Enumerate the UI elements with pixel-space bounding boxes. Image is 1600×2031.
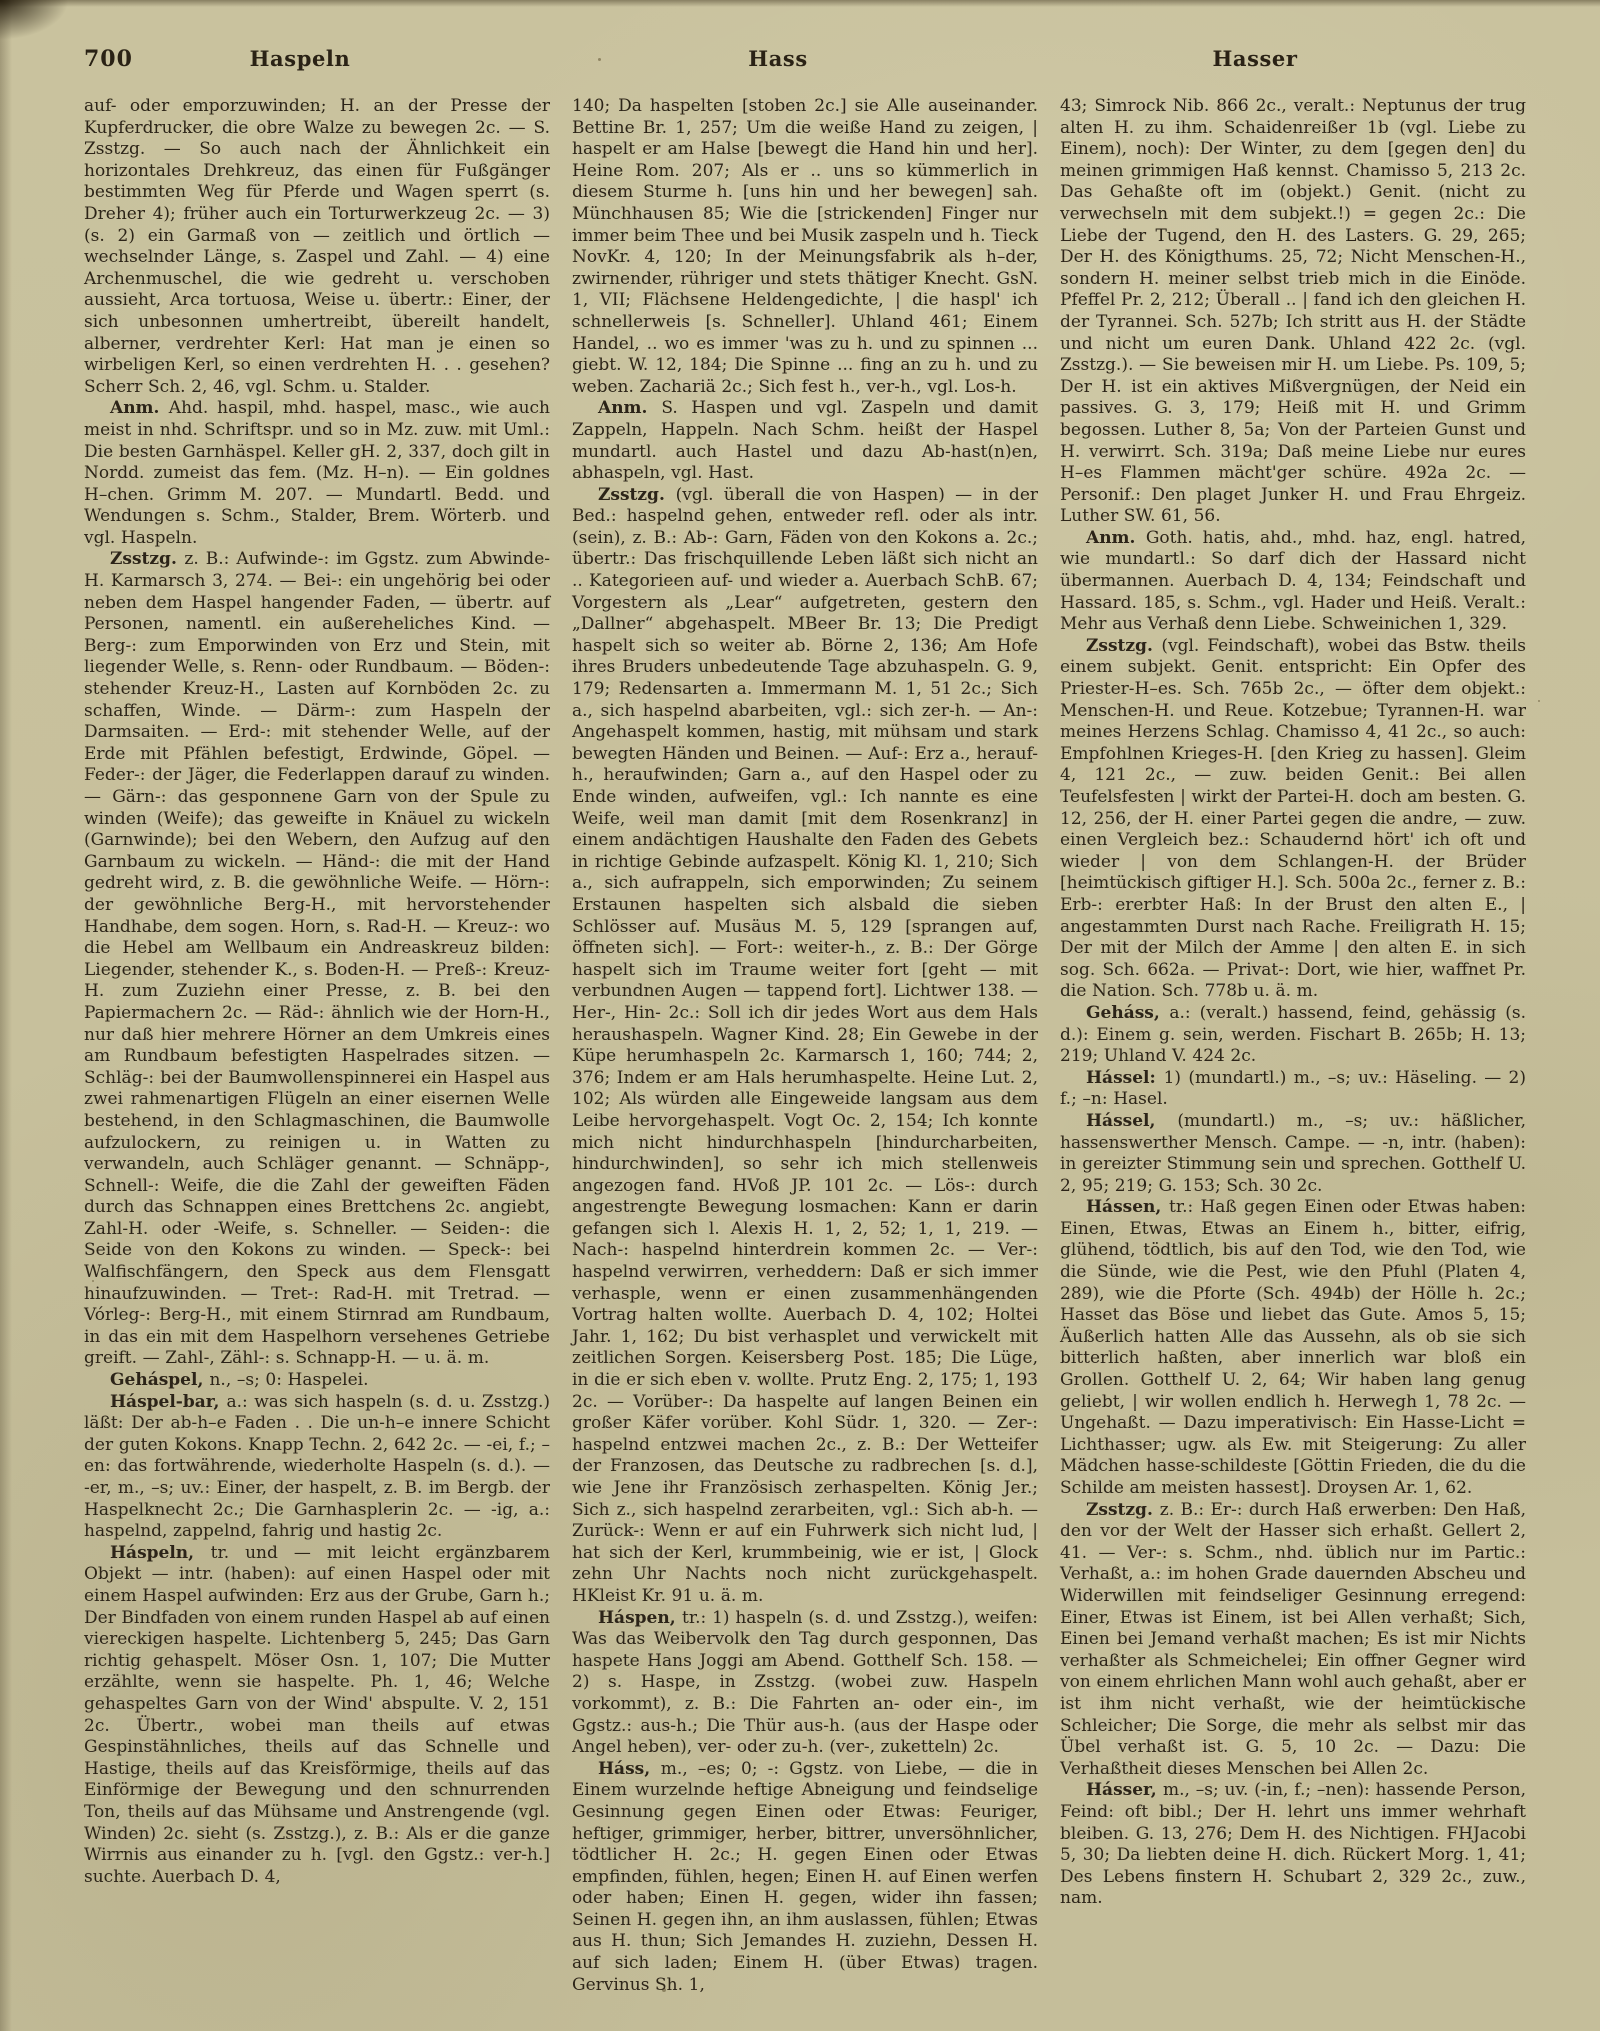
entry-paragraph: Anm. Goth. hatis, ahd., mhd. haz, engl. … xyxy=(1060,528,1526,636)
running-head-center: Hass xyxy=(748,46,808,71)
entry-text: tr.: Haß gegen Einen oder Etwas haben: E… xyxy=(1060,1197,1526,1498)
page-number: 700 xyxy=(84,46,133,72)
entry-text: n., –s; 0: Haspelei. xyxy=(209,1370,368,1390)
entry-text: tr. und — mit leicht ergänzbarem Objekt … xyxy=(84,1543,550,1887)
scan-edge-shadow-top xyxy=(0,0,1600,7)
entry-headword: Háspen, xyxy=(598,1608,682,1628)
entry-headword: Anm. xyxy=(110,398,169,418)
entry-headword: Zsstzg. xyxy=(1086,636,1161,656)
entry-text: 140; Da haspelten [stoben 2c.] sie Alle … xyxy=(572,96,1038,397)
entry-paragraph: Hássel, (mundartl.) m., –s; uv.: häßlich… xyxy=(1060,1111,1526,1197)
entry-paragraph: 43; Simrock Nib. 866 2c., veralt.: Neptu… xyxy=(1060,96,1526,528)
entry-headword: Háspel-bar, xyxy=(110,1392,226,1412)
entry-text: tr.: 1) haspeln (s. d. und Zsstzg.), wei… xyxy=(572,1608,1038,1758)
entry-paragraph: Háspel-bar, a.: was sich haspeln (s. d. … xyxy=(84,1392,550,1543)
entry-headword: Zsstzg. xyxy=(110,549,184,569)
entry-headword: Hássel: xyxy=(1086,1068,1164,1088)
entry-headword: Hásser, xyxy=(1086,1780,1163,1800)
paper-speck xyxy=(598,58,601,61)
entry-text: Ahd. haspil, mhd. haspel, masc., wie auc… xyxy=(84,398,550,548)
text-columns: auf- oder emporzuwinden; H. an der Press… xyxy=(84,96,1526,1996)
entry-paragraph: 140; Da haspelten [stoben 2c.] sie Alle … xyxy=(572,96,1038,398)
entry-paragraph: Zsstzg. (vgl. überall die von Haspen) — … xyxy=(572,485,1038,1608)
entry-text: z. B.: Aufwinde-: im Ggstz. zum Abwinde-… xyxy=(84,549,550,1368)
entry-paragraph: Geháspel, n., –s; 0: Haspelei. xyxy=(84,1370,550,1392)
entry-text: auf- oder emporzuwinden; H. an der Press… xyxy=(84,96,550,397)
entry-headword: Geháss, xyxy=(1086,1003,1169,1023)
entry-headword: Anm. xyxy=(1086,528,1146,548)
entry-paragraph: Anm. Ahd. haspil, mhd. haspel, masc., wi… xyxy=(84,398,550,549)
entry-headword: Hássel, xyxy=(1086,1111,1177,1131)
column-left: auf- oder emporzuwinden; H. an der Press… xyxy=(84,96,550,1996)
entry-paragraph: Geháss, a.: (veralt.) hassend, feind, ge… xyxy=(1060,1003,1526,1068)
entry-headword: Geháspel, xyxy=(110,1370,209,1390)
entry-text: z. B.: Er-: durch Haß erwerben: Den Haß,… xyxy=(1060,1500,1526,1779)
entry-text: (vgl. Feindschaft), wobei das Bstw. thei… xyxy=(1060,636,1526,1002)
entry-text: (vgl. überall die von Haspen) — in der B… xyxy=(572,485,1038,1606)
entry-headword: Háspeln, xyxy=(110,1543,211,1563)
entry-paragraph: Hássel: 1) (mundartl.) m., –s; uv.: Häse… xyxy=(1060,1068,1526,1111)
entry-text: a.: was sich haspeln (s. d. u. Zsstzg.) … xyxy=(84,1392,550,1542)
entry-paragraph: Hásser, m., –s; uv. (-in, f.; –nen): has… xyxy=(1060,1780,1526,1910)
running-head-right: Hasser xyxy=(1212,46,1297,71)
running-head-left: Haspeln xyxy=(250,46,351,71)
entry-headword: Háss, xyxy=(598,1759,661,1779)
entry-paragraph: Zsstzg. z. B.: Er-: durch Haß erwerben: … xyxy=(1060,1500,1526,1781)
entry-headword: Anm. xyxy=(598,398,661,418)
paper-speck xyxy=(1538,700,1540,702)
entry-paragraph: Zsstzg. (vgl. Feindschaft), wobei das Bs… xyxy=(1060,636,1526,1003)
column-right: 43; Simrock Nib. 866 2c., veralt.: Neptu… xyxy=(1060,96,1526,1996)
entry-paragraph: Háspen, tr.: 1) haspeln (s. d. und Zsstz… xyxy=(572,1608,1038,1759)
column-middle: 140; Da haspelten [stoben 2c.] sie Alle … xyxy=(572,96,1038,1996)
entry-headword: Hássen, xyxy=(1086,1197,1169,1217)
entry-headword: Zsstzg. xyxy=(1086,1500,1160,1520)
entry-paragraph: Anm. S. Haspen und vgl. Zaspeln und dami… xyxy=(572,398,1038,484)
entry-text: 43; Simrock Nib. 866 2c., veralt.: Neptu… xyxy=(1060,96,1526,526)
entry-paragraph: Háspeln, tr. und — mit leicht ergänzbare… xyxy=(84,1543,550,1889)
entry-paragraph: Zsstzg. z. B.: Aufwinde-: im Ggstz. zum … xyxy=(84,549,550,1370)
entry-paragraph: Háss, m., –es; 0; -: Ggstz. von Liebe, —… xyxy=(572,1759,1038,1997)
scan-edge-shadow-left xyxy=(0,0,12,2031)
dictionary-page-scan: 700 Haspeln Hass Hasser auf- oder emporz… xyxy=(0,0,1600,2031)
entry-paragraph: Hássen, tr.: Haß gegen Einen oder Etwas … xyxy=(1060,1197,1526,1499)
entry-headword: Zsstzg. xyxy=(598,485,676,505)
entry-paragraph: auf- oder emporzuwinden; H. an der Press… xyxy=(84,96,550,398)
entry-text: m., –es; 0; -: Ggstz. von Liebe, — die i… xyxy=(572,1759,1038,1995)
